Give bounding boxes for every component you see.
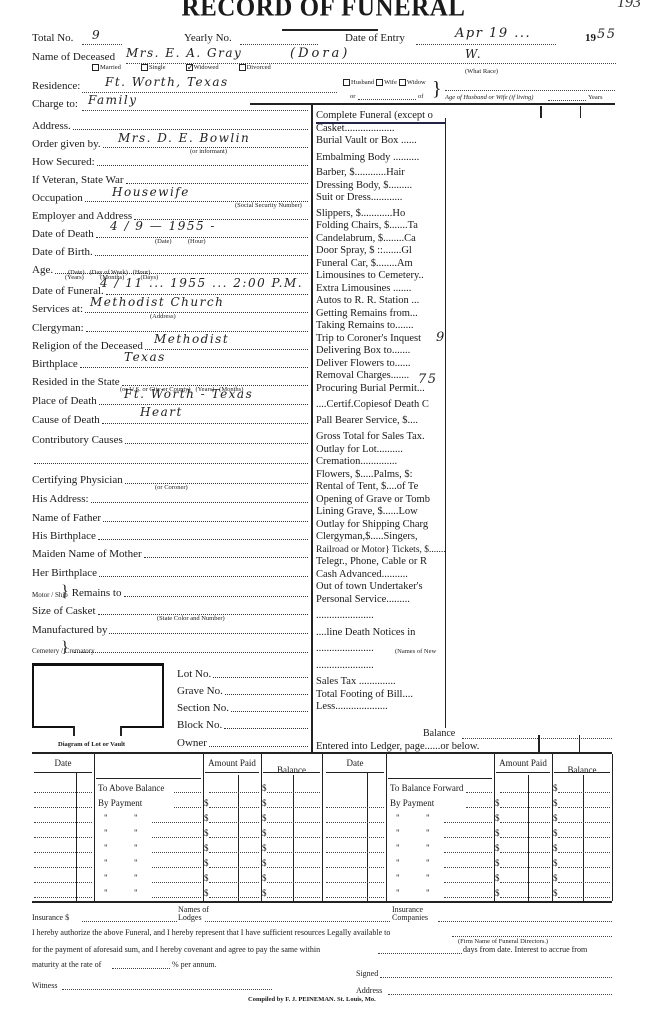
spouse-brace: } <box>432 79 442 99</box>
charge-item[interactable]: Limousines to Cemetery.. <box>316 270 446 282</box>
charge-item[interactable]: ...................... <box>316 660 446 672</box>
spouse-options: Husband Wife Widow <box>343 79 426 86</box>
field-label: Birthplace <box>32 358 78 370</box>
charge-item[interactable]: ...................... <box>316 610 446 622</box>
currency-symbol: $ <box>495 827 500 839</box>
lot-field-row: Grave No. <box>177 683 308 697</box>
balance-input[interactable] <box>267 852 320 853</box>
currency-symbol: $ <box>495 887 500 899</box>
ledger-payment-label: By Payment <box>390 797 434 809</box>
ledger-desc-input[interactable] <box>444 882 492 883</box>
currency-symbol: $ <box>262 887 267 899</box>
charge-to-label: Charge to: <box>32 98 78 110</box>
field-value[interactable]: Methodist <box>154 332 229 346</box>
charge-item[interactable]: Clergyman,$.....Singers, <box>316 531 446 543</box>
field-input[interactable] <box>98 539 308 540</box>
title-rule <box>282 29 378 31</box>
charge-item[interactable]: Total Footing of Bill.... <box>316 689 446 701</box>
checkbox-single[interactable] <box>141 64 148 71</box>
amount-paid-input[interactable] <box>500 882 550 883</box>
charge-item[interactable]: Outlay for Shipping Charg <box>316 519 446 531</box>
lot-field-input[interactable] <box>213 677 308 678</box>
field-value[interactable]: Ft. Worth - Texas <box>124 387 253 401</box>
field-input[interactable] <box>73 129 308 130</box>
field-caption: (Date) (Day of Week) (Hour) <box>68 269 150 276</box>
ledger-ditto-mark: " <box>426 812 430 824</box>
charge-item[interactable]: Pall Bearer Service, $.... <box>316 415 446 427</box>
field-input[interactable] <box>102 423 308 424</box>
field-value[interactable]: Texas <box>124 350 166 364</box>
ledger-col-line <box>322 754 323 901</box>
insurance-field[interactable] <box>82 921 177 922</box>
balance-input[interactable] <box>558 882 610 883</box>
lot-field-input[interactable] <box>225 694 308 695</box>
total-no-value[interactable]: 9 <box>92 28 101 42</box>
charge-item[interactable]: Lining Grave, $......Low <box>316 506 446 518</box>
ledger-ditto-mark: " <box>104 827 108 839</box>
total-no-label: Total No. <box>32 32 73 44</box>
field-input[interactable] <box>125 483 308 484</box>
amount-paid-input[interactable] <box>209 897 259 898</box>
page-number: 193 <box>617 0 641 12</box>
ledger-desc-input[interactable] <box>444 867 492 868</box>
field-row: Motor / Ship}Remains to <box>32 585 308 599</box>
balance-input[interactable] <box>558 867 610 868</box>
ledger-ditto-mark: " <box>426 887 430 899</box>
currency-symbol: $ <box>204 842 209 854</box>
field-input[interactable] <box>74 652 308 653</box>
ledger-header: Balance <box>552 764 612 776</box>
insurance-label: Insurance $ <box>32 913 69 922</box>
ledger-ditto-mark: " <box>134 857 138 869</box>
amount-paid-input[interactable] <box>500 792 550 793</box>
field-label: Age. <box>32 264 53 276</box>
field-value[interactable]: Methodist Church <box>90 295 224 309</box>
field-input[interactable] <box>99 404 308 405</box>
interest-rate-field[interactable] <box>112 968 170 969</box>
spouse-age-field[interactable] <box>548 100 586 101</box>
field-input[interactable] <box>125 443 308 444</box>
ledger-header: Amount Paid <box>203 757 261 769</box>
ledger-ditto-mark: " <box>426 827 430 839</box>
ledger-col-line <box>612 754 613 901</box>
lodges-field[interactable] <box>205 921 390 922</box>
date-of-entry-line <box>416 44 556 45</box>
field-row: Date of Birth. <box>32 244 308 258</box>
charge-item[interactable]: Delivering Box to....... <box>316 345 446 357</box>
charge-item[interactable]: Less.................... <box>316 701 446 713</box>
field-row: Her Birthplace <box>32 565 308 579</box>
field-input[interactable] <box>145 349 308 350</box>
field-label: Order given by. <box>32 138 101 150</box>
charge-item[interactable]: Dressing Body, $......... <box>316 180 446 192</box>
charge-item[interactable]: Slippers, $............Ho <box>316 208 446 220</box>
field-row: If Veteran, State War <box>32 172 308 186</box>
ledger-ditto-mark: " <box>104 872 108 884</box>
year-value[interactable]: 55 <box>597 27 617 42</box>
charge-item[interactable]: Flowers, $.....Palms, $: <box>316 469 446 481</box>
balance-input[interactable] <box>267 897 320 898</box>
charge-item[interactable]: Sales Tax .............. <box>316 676 446 688</box>
date-of-entry-value[interactable]: Apr 19 ... <box>455 26 531 41</box>
firm-caption: (Firm Name of Funeral Directors.) <box>458 938 548 945</box>
ledger-ditto-mark: " <box>426 872 430 884</box>
lot-field-input[interactable] <box>224 728 308 729</box>
ledger-date-input[interactable] <box>34 852 92 853</box>
field-label: Services at: <box>32 303 83 315</box>
field-input[interactable] <box>99 576 308 577</box>
field-label: Resided in the State <box>32 376 120 388</box>
balance-input[interactable] <box>267 792 320 793</box>
balance-input[interactable] <box>267 882 320 883</box>
residence-value[interactable]: Ft. Worth, Texas <box>105 75 229 89</box>
field-caption: (State Color and Number) <box>157 615 225 622</box>
field-input[interactable] <box>95 255 308 256</box>
ledger-ditto-mark: " <box>104 842 108 854</box>
field-input[interactable] <box>126 183 308 184</box>
ledger-header: Balance <box>261 764 322 776</box>
race-caption: (What Race) <box>465 68 498 75</box>
balance-field[interactable] <box>462 738 612 739</box>
amount-paid-input[interactable] <box>500 807 550 808</box>
currency-symbol: $ <box>553 827 558 839</box>
ledger-ditto-mark: " <box>104 887 108 899</box>
ledger-desc-input[interactable] <box>152 867 201 868</box>
amount-paid-input[interactable] <box>209 822 259 823</box>
balance-input[interactable] <box>558 822 610 823</box>
ledger-date-input[interactable] <box>326 807 384 808</box>
nickname-value[interactable]: (Dora) <box>290 46 350 61</box>
amount-tick <box>540 106 542 118</box>
balance-input[interactable] <box>558 792 610 793</box>
yearly-no-label: Yearly No. <box>184 32 232 44</box>
currency-symbol: $ <box>495 797 500 809</box>
field-input[interactable] <box>103 521 308 522</box>
spouse-name-line[interactable] <box>358 99 416 100</box>
charge-item[interactable]: Burial Vault or Box ...... <box>316 135 446 147</box>
charge-item[interactable]: Extra Limousines ....... <box>316 283 446 295</box>
lot-field-row: Section No. <box>177 700 308 714</box>
charge-item[interactable]: Door Spray, $ ::.......Gl <box>316 245 446 257</box>
ledger-date-input[interactable] <box>34 822 92 823</box>
lot-diagram-caption: Diagram of Lot or Vault <box>58 741 125 748</box>
checkbox-divorced[interactable] <box>239 64 246 71</box>
charge-to-line <box>82 110 308 111</box>
charge-item[interactable]: Candelabrum, $........Ca <box>316 233 446 245</box>
witness-label: Witness <box>32 981 57 990</box>
ledger-header-rule <box>388 778 492 779</box>
amount-paid-input[interactable] <box>500 852 550 853</box>
ledger-opening-label: To Balance Forward <box>390 782 463 794</box>
amount-paid-input[interactable] <box>209 867 259 868</box>
currency-symbol: $ <box>204 872 209 884</box>
currency-symbol: $ <box>553 872 558 884</box>
field-label: His Address: <box>32 493 89 505</box>
charge-item[interactable]: Cremation.............. <box>316 456 446 468</box>
getting-remains-value[interactable]: 9 <box>436 330 446 345</box>
lodges-label: Names of Lodges <box>178 906 218 922</box>
currency-symbol: $ <box>553 857 558 869</box>
charge-item[interactable]: Trip to Coroner's Inquest <box>316 333 446 345</box>
charge-item[interactable]: Taking Remains to....... <box>316 320 446 332</box>
field-value[interactable]: 4 / 9 — 1955 - <box>110 219 216 233</box>
currency-symbol: $ <box>553 842 558 854</box>
marital-status-group: Married Single ✓Widowed Divorced <box>92 64 271 71</box>
marital-married[interactable]: Married <box>92 64 121 71</box>
amount-paid-input[interactable] <box>500 822 550 823</box>
spouse-wife[interactable]: Wife <box>376 79 397 86</box>
charge-item[interactable]: Deliver Flowers to...... <box>316 358 446 370</box>
charge-item[interactable]: Embalming Body .......... <box>316 152 446 164</box>
lot-field-input[interactable] <box>231 711 308 712</box>
charge-item[interactable]: Suit or Dress............ <box>316 192 446 204</box>
ledger-desc-input[interactable] <box>152 882 201 883</box>
ledger-date-input[interactable] <box>326 837 384 838</box>
amount-paid-input[interactable] <box>209 882 259 883</box>
ledger-header-rule <box>326 772 384 773</box>
field-input[interactable] <box>85 312 308 313</box>
ledger-date-input[interactable] <box>326 852 384 853</box>
charge-item[interactable]: Getting Remains from... <box>316 308 446 320</box>
field-label: Name of Father <box>32 512 101 524</box>
marital-widowed[interactable]: ✓Widowed <box>186 64 219 71</box>
ledger-date-input[interactable] <box>34 807 92 808</box>
charge-item[interactable]: Outlay for Lot.......... <box>316 444 446 456</box>
ledger-desc-input[interactable] <box>152 837 201 838</box>
lot-field-label: Section No. <box>177 702 229 714</box>
authorize-text: I hereby authorize the above Funeral, an… <box>32 928 390 937</box>
ledger-col-line <box>386 754 387 901</box>
ledger-desc-input[interactable] <box>466 807 492 808</box>
charge-item[interactable]: Gross Total for Sales Tax. <box>316 431 446 443</box>
currency-symbol: $ <box>553 782 558 794</box>
ledger-header: Date <box>32 757 94 769</box>
signed-field[interactable] <box>380 977 612 978</box>
field-label: If Veteran, State War <box>32 174 124 186</box>
address-field[interactable] <box>388 994 612 995</box>
ledger-desc-input[interactable] <box>444 852 492 853</box>
field-row <box>32 452 308 466</box>
balance-input[interactable] <box>267 837 320 838</box>
spouse-of: of <box>418 93 423 100</box>
ledger-date-input[interactable] <box>34 882 92 883</box>
charge-item[interactable]: Folding Chairs, $.......Ta <box>316 220 446 232</box>
currency-symbol: $ <box>495 857 500 869</box>
ledger-desc-input[interactable] <box>152 852 201 853</box>
date-of-entry-label: Date of Entry <box>345 32 405 44</box>
ledger-date-input[interactable] <box>34 897 92 898</box>
ledger-ditto-mark: " <box>134 827 138 839</box>
charge-item[interactable]: Railroad or Motor} Tickets, $....... <box>316 544 446 556</box>
currency-symbol: $ <box>495 872 500 884</box>
field-caption: (Address) <box>150 313 176 320</box>
companies-field[interactable] <box>438 921 612 922</box>
amount-paid-input[interactable] <box>209 792 259 793</box>
ledger-ditto-mark: " <box>134 872 138 884</box>
field-label: Clergyman: <box>32 322 84 334</box>
ledger-desc-input[interactable] <box>466 792 492 793</box>
currency-symbol: $ <box>553 797 558 809</box>
ledger-desc-input[interactable] <box>152 897 201 898</box>
lot-field-input[interactable] <box>209 746 308 747</box>
field-row: His Birthplace <box>32 528 308 542</box>
amount-paid-input[interactable] <box>500 837 550 838</box>
checkbox-widowed[interactable]: ✓ <box>186 64 193 71</box>
marital-divorced[interactable]: Divorced <box>239 64 271 71</box>
charge-to-value[interactable]: Family <box>88 93 138 107</box>
lot-field-label: Owner <box>177 737 207 749</box>
balance-input[interactable] <box>558 807 610 808</box>
checkbox-married[interactable] <box>92 64 99 71</box>
field-input[interactable] <box>144 557 308 558</box>
ledger-header: Amount Paid <box>494 757 552 769</box>
amount-paid-input[interactable] <box>209 807 259 808</box>
lot-field-label: Block No. <box>177 719 222 731</box>
address-label: Address <box>356 986 382 995</box>
field-input[interactable] <box>80 367 308 368</box>
ledger-ditto-mark: " <box>104 857 108 869</box>
lot-diagram-gap <box>75 726 122 732</box>
spouse-husband[interactable]: Husband <box>343 79 374 86</box>
balance-input[interactable] <box>267 807 320 808</box>
ledger-date-input[interactable] <box>34 837 92 838</box>
lot-diagram-post-right <box>120 726 122 736</box>
currency-symbol: $ <box>262 842 267 854</box>
field-input[interactable] <box>91 502 308 503</box>
section-rule <box>250 103 615 105</box>
field-caption: (or Coroner) <box>155 484 188 491</box>
amount-paid-input[interactable] <box>500 897 550 898</box>
charge-item[interactable]: Personal Service......... <box>316 594 446 606</box>
field-label: Size of Casket <box>32 605 96 617</box>
amount-paid-input[interactable] <box>500 867 550 868</box>
balance-input[interactable] <box>558 897 610 898</box>
currency-symbol: $ <box>262 827 267 839</box>
newspaper-caption: (Names of New <box>395 648 436 655</box>
field-value[interactable]: Heart <box>140 405 183 419</box>
field-label: Date of Birth. <box>32 246 93 258</box>
charge-item[interactable]: Opening of Grave or Tomb <box>316 494 446 506</box>
witness-field[interactable] <box>62 989 272 990</box>
charge-item[interactable]: ....Certif.Copiesof Death C <box>316 399 446 411</box>
ledger-date-input[interactable] <box>326 822 384 823</box>
ledger-ditto-mark: " <box>426 857 430 869</box>
balance-input[interactable] <box>267 867 320 868</box>
lot-diagram-box <box>32 663 164 728</box>
field-row: Maiden Name of Mother <box>32 546 308 560</box>
ledger-date-input[interactable] <box>326 867 384 868</box>
field-input[interactable] <box>109 633 308 634</box>
field-value[interactable]: Mrs. D. E. Bowlin <box>118 131 250 145</box>
ledger-desc-input[interactable] <box>444 897 492 898</box>
charge-item[interactable]: Barber, $............Hair <box>316 167 446 179</box>
balance-input[interactable] <box>558 837 610 838</box>
companies-label: Insurance Companies <box>392 906 442 922</box>
amount-paid-input[interactable] <box>209 852 259 853</box>
ledger-tick <box>538 735 540 753</box>
charge-item[interactable]: Funeral Car, $........Am <box>316 258 446 270</box>
field-row: His Address: <box>32 491 308 505</box>
balance-input[interactable] <box>267 822 320 823</box>
payment-text: for the payment of aforesaid sum, and I … <box>32 945 320 954</box>
ledger-ditto-mark: " <box>396 827 400 839</box>
ledger-desc-input[interactable] <box>444 822 492 823</box>
ledger-desc-input[interactable] <box>444 837 492 838</box>
ledger-date-input[interactable] <box>326 897 384 898</box>
amount-paid-input[interactable] <box>209 837 259 838</box>
balance-label: Balance <box>423 728 455 739</box>
yearly-no-field[interactable] <box>240 44 318 45</box>
ledger-date-input[interactable] <box>326 882 384 883</box>
field-input[interactable] <box>34 463 308 464</box>
charge-item[interactable]: Out of town Undertaker's <box>316 581 446 593</box>
spouse-widow[interactable]: Widow <box>399 79 426 86</box>
ledger-ditto-mark: " <box>104 812 108 824</box>
ledger-desc-input[interactable] <box>152 822 201 823</box>
ledger-ditto-mark: " <box>396 812 400 824</box>
currency-symbol: $ <box>262 812 267 824</box>
ledger-header-rule <box>96 778 201 779</box>
race-value[interactable]: W. <box>465 47 482 61</box>
charge-item[interactable]: Rental of Tent, $....of Te <box>316 481 446 493</box>
ledger-desc-input[interactable] <box>174 792 201 793</box>
field-value[interactable]: 4 / 11 ... 1955 ... 2:00 P.M. <box>100 276 303 290</box>
ledger-header: Date <box>324 757 386 769</box>
ledger-ditto-mark: " <box>134 887 138 899</box>
ledger-date-input[interactable] <box>34 867 92 868</box>
ledger-ditto-mark: " <box>396 842 400 854</box>
field-label: Place of Death <box>32 395 97 407</box>
ledger-desc-input[interactable] <box>174 807 201 808</box>
charge-item[interactable]: Autos to R. R. Station ... <box>316 295 446 307</box>
currency-symbol: $ <box>495 842 500 854</box>
compiled-by: Compiled by F. J. PEINEMAN. St. Louis, M… <box>248 996 376 1003</box>
spouse-line[interactable] <box>445 90 615 91</box>
currency-symbol: $ <box>495 812 500 824</box>
days-field[interactable] <box>378 953 462 954</box>
field-row: Contributory Causes <box>32 432 308 446</box>
field-label: Certifying Physician <box>32 474 123 486</box>
currency-symbol: $ <box>262 872 267 884</box>
field-label: Occupation <box>32 192 83 204</box>
charge-item[interactable]: Telegr., Phone, Cable or R <box>316 556 446 568</box>
name-value[interactable]: Mrs. E. A. Gray <box>126 46 242 60</box>
signed-label: Signed <box>356 969 378 978</box>
field-prefix: Cemetery / Crematory <box>32 648 58 655</box>
marital-single[interactable]: Single <box>141 64 166 71</box>
charge-item[interactable]: ....line Death Notices in <box>316 627 446 639</box>
balance-input[interactable] <box>558 852 610 853</box>
field-input[interactable] <box>97 165 308 166</box>
field-label: Address. <box>32 120 71 132</box>
currency-symbol: $ <box>262 857 267 869</box>
field-label: His Birthplace <box>32 530 96 542</box>
firm-field[interactable] <box>452 936 612 937</box>
ledger-ditto-mark: " <box>396 887 400 899</box>
field-value[interactable]: Housewife <box>112 185 190 199</box>
lot-field-row: Owner <box>177 735 308 749</box>
days-text: days from date. Interest to accrue from <box>463 945 587 954</box>
form-title: RECORD OF FUNERAL <box>0 0 647 23</box>
field-input[interactable] <box>124 596 309 597</box>
field-row: Name of Father <box>32 510 308 524</box>
charge-item[interactable]: Cash Advanced.......... <box>316 569 446 581</box>
lot-field-row: Lot No. <box>177 666 308 680</box>
removal-charges-value[interactable]: 75 <box>418 372 438 387</box>
charge-item[interactable]: Casket................... <box>316 123 446 135</box>
brace: } <box>61 585 69 599</box>
ledger-date-input[interactable] <box>34 792 92 793</box>
